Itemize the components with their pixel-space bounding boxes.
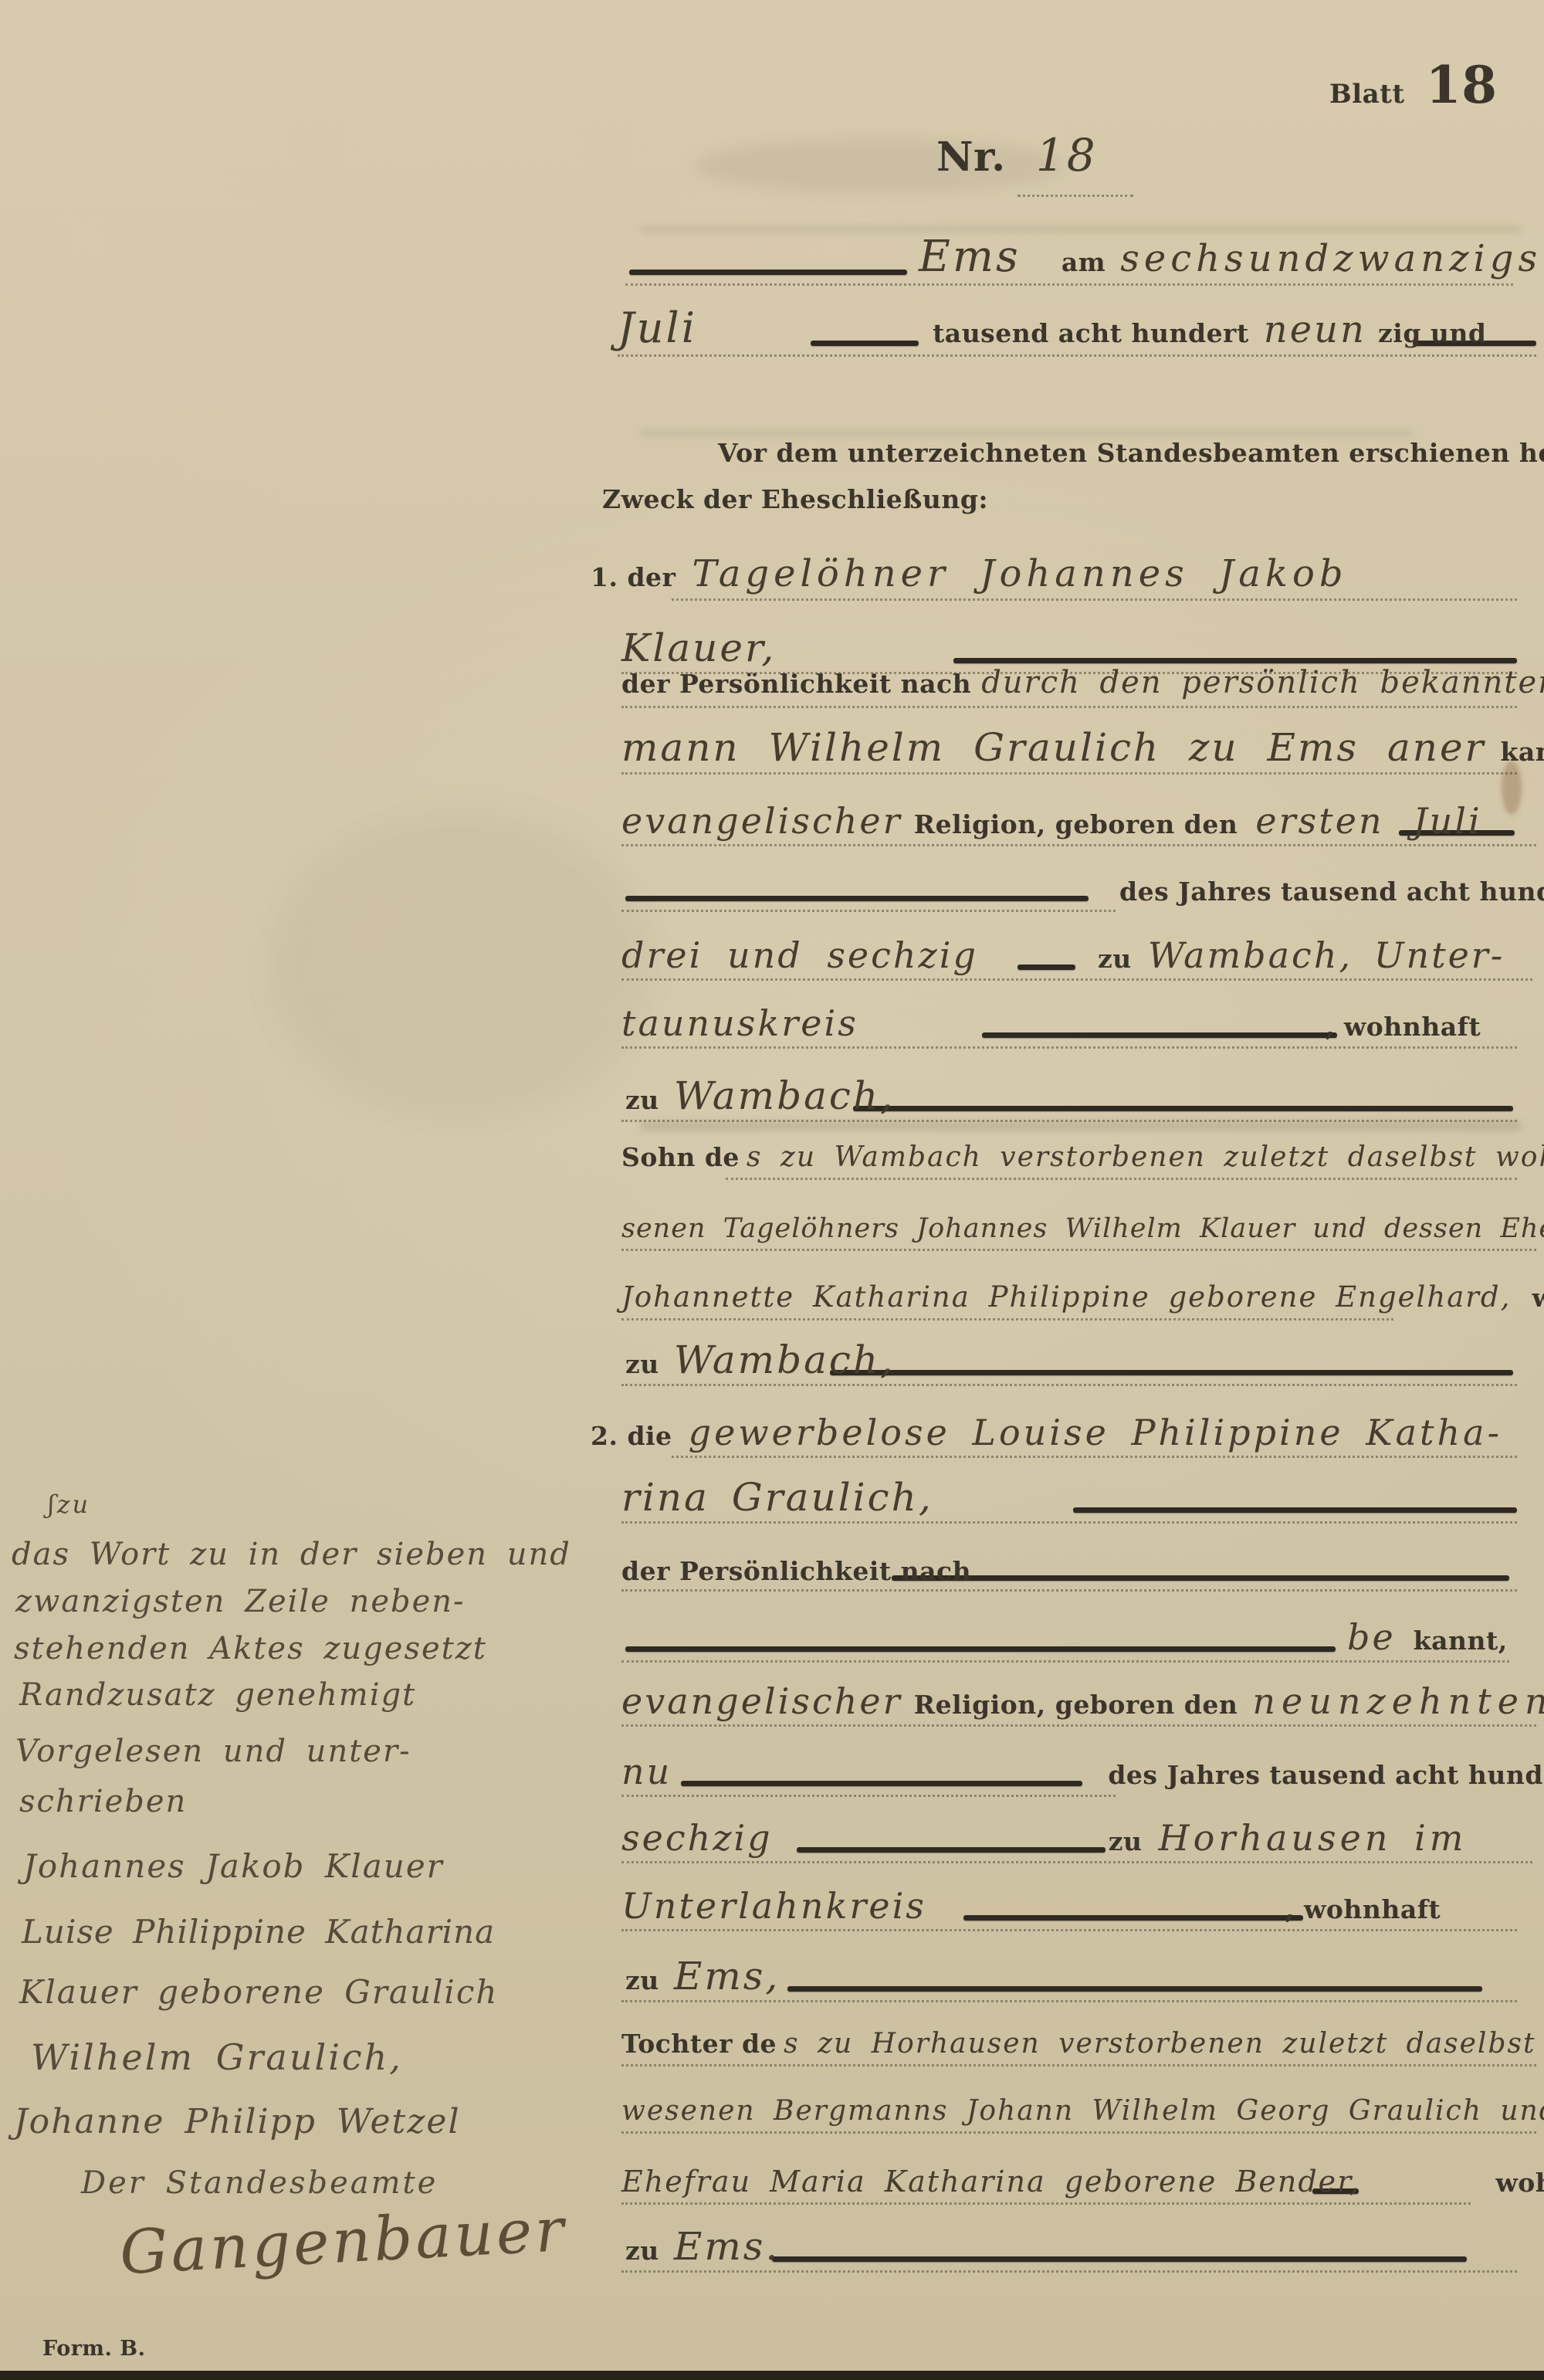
margin-note-line: Randzusatz genehmigt [19,1680,416,1710]
printed-kannt: kannt, [1414,1626,1508,1656]
ink-fill-line [787,1986,1482,1992]
field-rule [621,1929,1517,1931]
printed-wohnhaft: , wohnhaft [1326,1012,1481,1042]
registry-document-page: Blatt 18 Nr. 18 Ems am sechsundzwanzigs … [0,0,1544,2380]
bride-year-line: nu des Jahres tausend acht hundert [621,1754,1544,1789]
record-number-label: Nr. [936,134,1006,181]
field-rule [621,2064,1536,2066]
sheet-header: Blatt 18 [1329,59,1498,110]
ink-fill-line [625,1646,1336,1652]
margin-note-line: Vorgelesen und unter- [15,1736,411,1767]
groom-name-line: 1. der Tagelöhner Johannes Jakob [591,555,1348,592]
field-rule [621,1046,1517,1049]
signature-text: Klauer geborene Graulich [19,1973,498,2011]
intro-text-2: Zweck der Eheschließung: [602,484,988,514]
sheet-label: Blatt [1329,79,1405,110]
ink-fill-line [830,1370,1513,1375]
groom-year-line: des Jahres tausend acht hundert [1119,879,1544,904]
groom-birthyear-place-line: drei und sechzig zu Wambach, Unter- [621,937,1505,973]
groom-birth-place: Wambach, Unter- [1148,934,1505,976]
printed-kannt: kannt, [1501,737,1544,767]
printed-zu: zu [625,2236,659,2266]
ink-fill-line [953,658,1517,663]
field-rule [621,1521,1517,1524]
field-rule [621,1384,1517,1386]
field-rule [621,1589,1517,1592]
bleed-through-line [641,1121,1521,1131]
printed-wohnhaft: wohnhaft [1532,1283,1544,1313]
margin-note-line: zwanzigsten Zeile neben- [15,1586,466,1617]
field-rule [621,706,1517,708]
groom-identity-line-1: der Persönlichkeit nach durch den persön… [621,667,1544,698]
bride-district-line: Unterlahnkreis , wohnhaft [621,1888,1441,1924]
groom-residence: Wambach, [674,1073,895,1118]
field-rule [621,978,1532,981]
bride-birth-day: neunzehnten Ja- [1252,1680,1544,1722]
party-signature: Johannes Jakob Klauer [23,1850,444,1883]
field-rule [621,1660,1509,1663]
officiant-title-line: Der Standesbeamte [81,2168,438,2199]
bride-identity-line-2: be kannt, [1347,1619,1508,1655]
printed-religion-geboren: Religion, geboren den [914,1690,1238,1720]
margin-insert-mark: ʃzu [48,1492,90,1517]
bride-birth-day-continued: nu [621,1751,672,1792]
printed-sohn-de: Sohn de [621,1142,740,1172]
groom-surname-line: Klauer, [621,629,776,667]
groom-identity-line-2: mann Wilhelm Graulich zu Ems aner kannt, [621,728,1544,767]
groom-residence-line: zu Wambach, [625,1076,895,1115]
margin-note-text: Vorgelesen und unter- [15,1734,411,1769]
bleed-through-mark [270,811,656,1120]
field-rule [672,1456,1517,1458]
groom-parents-line-3: Johannette Katharina Philippine geborene… [621,1283,1544,1311]
party-signature: Luise Philippine Katharina [22,1916,495,1948]
bride-residence-line: zu Ems, [625,1957,780,1995]
bride-identity-line-1: der Persönlichkeit nach [621,1558,971,1584]
bride-parents-residence: Ems. [674,2224,780,2269]
groom-parents-residence-line: zu Wambach, [625,1341,895,1379]
bleed-through-line [641,225,1521,233]
groom-birth-day: ersten Juli [1255,800,1481,842]
margin-note-line: das Wort zu in der sieben und [12,1539,571,1570]
field-rule [621,844,1536,846]
field-rule [621,2270,1517,2273]
field-rule [625,283,1513,286]
printed-am: am [1061,247,1106,277]
printed-zu: zu [1109,1826,1143,1856]
groom-religion: evangelischer [621,800,902,842]
month-written: Juli [618,303,697,352]
signature-text: Johannes Jakob Klauer [23,1847,444,1885]
printed-persoenlichkeit: der Persönlichkeit nach [621,1556,971,1586]
groom-religion-birth-line: evangelischer Religion, geboren den erst… [621,803,1482,839]
groom-surname: Klauer, [621,626,776,670]
bride-religion: evangelischer [621,1680,902,1722]
printed-religion-geboren: Religion, geboren den [914,809,1238,839]
year-written: neun [1264,308,1366,351]
margin-note-text: zwanzigsten Zeile neben- [15,1584,466,1619]
ink-fill-line [1073,1507,1517,1513]
witness-signature: Wilhelm Graulich, [31,2039,403,2075]
margin-note-line: schrieben [19,1786,187,1817]
printed-zu: zu [625,1085,659,1115]
form-code-text: Form. B. [42,2337,146,2361]
groom-birth-year: drei und sechzig [621,934,978,976]
printed-tochter-de: Tochter de [621,2029,777,2059]
bride-residence: Ems, [674,1954,780,1999]
bride-religion-birth-line: evangelischer Religion, geboren den neun… [621,1683,1544,1719]
groom-parents-1: s zu Wambach verstorbenen zuletzt daselb… [747,1141,1544,1173]
intro-line-2: Zweck der Eheschließung: [602,487,988,512]
bride-parents-line-1: Tochter de s zu Horhausen verstorbenen z… [621,2030,1544,2058]
field-rule [621,2202,1471,2205]
field-rule [621,1795,1116,1797]
printed-zu: zu [1098,944,1132,974]
printed-wohnhaft: , wohnhaft [1285,1894,1441,1924]
margin-note-text: Randzusatz genehmigt [19,1677,416,1713]
bride-name-line-2: rina Graulich, [621,1478,933,1517]
groom-parents-3: Johannette Katharina Philippine geborene… [621,1280,1511,1314]
margin-insert-word: ʃzu [48,1490,90,1519]
sheet-number: 18 [1426,55,1498,115]
field-rule [621,1120,1517,1122]
bleed-through-line [641,429,1413,437]
groom-parents-line-1: Sohn de s zu Wambach verstorbenen zuletz… [621,1144,1544,1171]
groom-parents-residence: Wambach, [674,1337,895,1382]
printed-zu: zu [625,1965,659,1995]
printed-tausend: tausend acht hundert [933,318,1249,348]
bride-parents-line-2: wesenen Bergmanns Johann Wilhelm Georg G… [621,2097,1544,2125]
field-rule [621,2000,1517,2002]
record-number-line: Nr. 18 [936,133,1098,178]
day-written: sechsundzwanzigs [1120,237,1542,280]
printed-wohnhaft: wohnhaft [1495,2168,1544,2198]
bride-parents-residence-line: zu Ems. [625,2227,780,2266]
bride-birth-year: sechzig [621,1817,773,1859]
groom-occupation-names: Tagelöhner Johannes Jakob [692,552,1348,595]
printed-des-jahres: des Jahres tausend acht hundert [1119,876,1544,907]
field-rule [672,598,1517,601]
field-rule [618,354,1536,357]
printed-persoenlichkeit: der Persönlichkeit nach [621,669,971,699]
groom-birth-district: taunuskreis [621,1002,858,1044]
field-rule [621,1724,1536,1727]
printed-zu: zu [625,1349,659,1379]
field-rule [621,2131,1536,2134]
record-number-value: 18 [1036,129,1098,181]
bride-birthyear-place-line: sechzig zu Horhausen im [621,1820,1467,1856]
printed-zig-und: zig und [1378,318,1486,348]
ink-fill-line [853,1106,1513,1111]
field-rule [621,772,1517,775]
bride-recognition-be: be [1347,1616,1396,1658]
groom-parents-2: senen Tagelöhners Johannes Wilhelm Klaue… [621,1213,1544,1244]
groom-recognition-2: mann Wilhelm Graulich zu Ems aner [621,725,1485,770]
field-rule [621,1249,1536,1251]
intro-line-1: Vor dem unterzeichneten Standesbeamten e… [718,440,1544,466]
ink-fill-line [892,1575,1509,1581]
bride-name-continued: rina Graulich, [621,1475,933,1520]
field-rule [621,1318,1393,1321]
field-rule [621,910,1116,912]
intro-text-1: Vor dem unterzeichneten Standesbeamten e… [718,438,1544,468]
party-signature: Klauer geborene Graulich [19,1976,498,2009]
printed-des-jahres: des Jahres tausend acht hundert [1108,1760,1544,1790]
margin-note-text: stehenden Aktes zugesetzt [14,1631,487,1666]
opening-place-date-line: Ems am sechsundzwanzigs ten [919,236,1544,279]
bride-birth-place: Horhausen im [1159,1817,1468,1859]
groom-parents-line-2: senen Tagelöhners Johannes Wilhelm Klaue… [621,1215,1544,1243]
groom-item-number: 1. der [591,562,675,592]
bride-parents-3: Ehefrau Maria Katharina geborene Bender, [621,2165,1360,2199]
ink-fill-line [629,270,907,275]
groom-recognition-1: durch den persönlich bekannten Berg- [981,665,1544,700]
signature-text: Luise Philippine Katharina [22,1913,495,1951]
field-rule [621,1861,1532,1863]
form-code-line: Form. B. [42,2338,146,2359]
registry-place: Ems [919,232,1021,282]
margin-note-text: schrieben [19,1784,187,1819]
opening-month-year-line: Juli tausend acht hundert neun zig und [618,307,1486,349]
ink-fill-line [772,2256,1467,2262]
field-rule [1017,195,1133,197]
bride-item-number: 2. die [591,1421,672,1451]
ink-stain [1502,761,1522,815]
bride-status-names: gewerbelose Louise Philippine Katha- [689,1412,1502,1453]
bride-parents-line-3: Ehefrau Maria Katharina geborene Bender,… [621,2167,1544,2196]
groom-district-line: taunuskreis , wohnhaft [621,1005,1481,1041]
field-rule [726,1178,1517,1180]
signature-text: Wilhelm Graulich, [31,2036,403,2078]
bride-parents-1: s zu Horhausen verstorbenen zuletzt dase… [784,2028,1544,2060]
signature-text: Johanne Philipp Wetzel [14,2102,461,2141]
bride-parents-2: wesenen Bergmanns Johann Wilhelm Georg G… [621,2095,1544,2127]
margin-note-text: das Wort zu in der sieben und [12,1537,571,1572]
officiant-signature: Gangenbauer [118,2200,568,2283]
scan-edge [0,2371,1544,2380]
ink-fill-line [625,896,1089,901]
margin-note-line: stehenden Aktes zugesetzt [14,1633,487,1664]
officiant-signature-text: Gangenbauer [118,2195,568,2288]
officiant-title-text: Der Standesbeamte [81,2165,438,2201]
bride-birth-district: Unterlahnkreis [621,1885,926,1927]
bride-name-line: 2. die gewerbelose Louise Philippine Kat… [591,1415,1502,1450]
witness-signature: Johanne Philipp Wetzel [14,2105,461,2139]
